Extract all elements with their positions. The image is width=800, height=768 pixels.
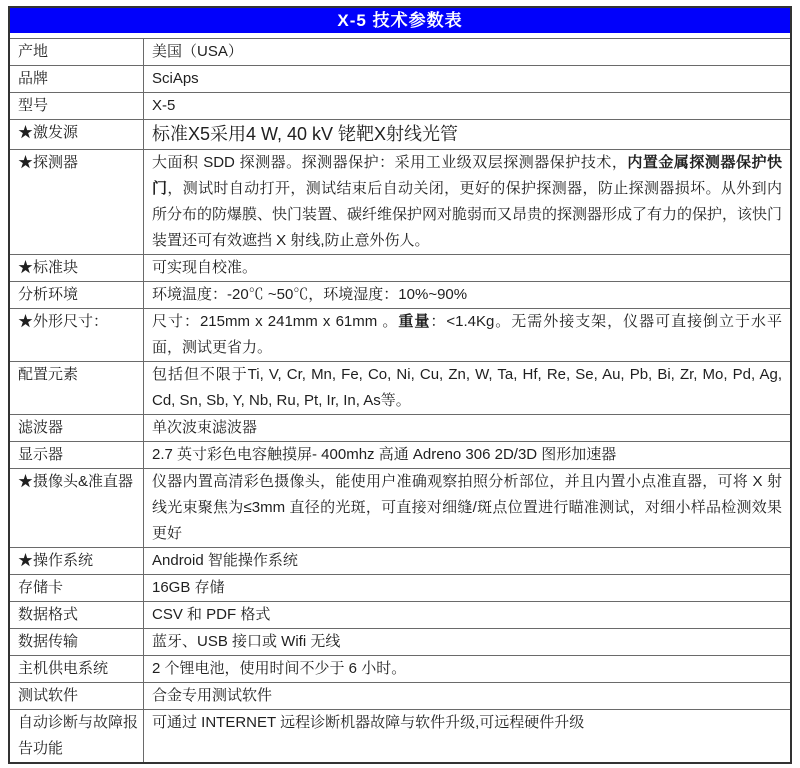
- row-value: 2 个锂电池，使用时间不少于 6 小时。: [144, 656, 790, 682]
- row-label: 品牌: [10, 66, 144, 92]
- row-value-segment: 仪器内置高清彩色摄像头，能使用户准确观察拍照分析部位，并且内置小点准直器，可将 …: [152, 473, 782, 542]
- row-value-segment: 美国（USA）: [152, 43, 243, 60]
- row-value-segment: 2 个锂电池，使用时间不少于 6 小时。: [152, 660, 406, 677]
- row-value: 蓝牙、USB 接口或 Wifi 无线: [144, 629, 790, 655]
- row-value-segment: 蓝牙、USB 接口或 Wifi 无线: [152, 633, 340, 650]
- table-row: ★摄像头&准直器仪器内置高清彩色摄像头，能使用户准确观察拍照分析部位，并且内置小…: [10, 468, 790, 547]
- row-label: 自动诊断与故障报告功能: [10, 710, 144, 762]
- table-title: X-5 技术参数表: [337, 11, 462, 30]
- row-value: 环境温度：-20℃ ~50℃，环境湿度：10%~90%: [144, 282, 790, 308]
- row-label: 数据格式: [10, 602, 144, 628]
- table-row: 存储卡16GB 存储: [10, 574, 790, 601]
- row-value-segment: ，测试时自动打开，测试结束后自动关闭，更好的保护探测器，防止探测器损坏。从外到内…: [152, 180, 782, 249]
- row-value: 标准X5采用4 W, 40 kV 铑靶X射线光管: [144, 120, 790, 149]
- table-row: ★标准块可实现自校准。: [10, 254, 790, 281]
- row-label: ★操作系统: [10, 548, 144, 574]
- row-value-segment: 标准X5采用4 W, 40 kV 铑靶X射线光管: [152, 124, 458, 144]
- table-row: ★外形尺寸：尺寸：215mm x 241mm x 61mm 。重量：<1.4Kg…: [10, 308, 790, 361]
- row-value: 2.7 英寸彩色电容触摸屏- 400mhz 高通 Adreno 306 2D/3…: [144, 442, 790, 468]
- row-value: CSV 和 PDF 格式: [144, 602, 790, 628]
- row-value-segment: 尺寸：215mm x 241mm x 61mm 。: [152, 313, 398, 330]
- row-value-segment: SciAps: [152, 70, 199, 87]
- row-label: 分析环境: [10, 282, 144, 308]
- row-value: SciAps: [144, 66, 790, 92]
- table-header: X-5 技术参数表: [10, 8, 790, 33]
- row-value-segment: 2.7 英寸彩色电容触摸屏- 400mhz 高通 Adreno 306 2D/3…: [152, 446, 616, 463]
- table-row: 配置元素包括但不限于Ti, V, Cr, Mn, Fe, Co, Ni, Cu,…: [10, 361, 790, 414]
- row-value: 包括但不限于Ti, V, Cr, Mn, Fe, Co, Ni, Cu, Zn,…: [144, 362, 790, 414]
- row-label: ★摄像头&准直器: [10, 469, 144, 547]
- row-label: 主机供电系统: [10, 656, 144, 682]
- row-value: 可通过 INTERNET 远程诊断机器故障与软件升级,可远程硬件升级: [144, 710, 790, 762]
- row-label: ★外形尺寸：: [10, 309, 144, 361]
- row-label: 产地: [10, 39, 144, 65]
- row-value-segment: 单次波束滤波器: [152, 419, 257, 436]
- table-row: 产地美国（USA）: [10, 38, 790, 65]
- row-label: ★探测器: [10, 150, 144, 254]
- row-label: ★标准块: [10, 255, 144, 281]
- row-value-segment: Android 智能操作系统: [152, 552, 298, 569]
- row-value-segment: 大面积 SDD 探测器。探测器保护：采用工业级双层探测器保护技术，: [152, 154, 627, 171]
- table-body: 产地美国（USA）品牌SciAps型号X-5★激发源标准X5采用4 W, 40 …: [10, 38, 790, 762]
- table-row: 数据传输蓝牙、USB 接口或 Wifi 无线: [10, 628, 790, 655]
- table-row: 滤波器单次波束滤波器: [10, 414, 790, 441]
- row-label: ★激发源: [10, 120, 144, 149]
- table-row: 分析环境环境温度：-20℃ ~50℃，环境湿度：10%~90%: [10, 281, 790, 308]
- row-label: 存储卡: [10, 575, 144, 601]
- table-row: ★探测器大面积 SDD 探测器。探测器保护：采用工业级双层探测器保护技术，内置金…: [10, 149, 790, 254]
- row-value: 16GB 存储: [144, 575, 790, 601]
- row-label: 配置元素: [10, 362, 144, 414]
- row-value: 尺寸：215mm x 241mm x 61mm 。重量：<1.4Kg。无需外接支…: [144, 309, 790, 361]
- row-value-segment: 环境温度：-20℃ ~50℃，环境湿度：10%~90%: [152, 286, 467, 303]
- row-value-segment: 16GB 存储: [152, 579, 225, 596]
- table-row: 测试软件合金专用测试软件: [10, 682, 790, 709]
- row-value: 美国（USA）: [144, 39, 790, 65]
- table-row: 品牌SciAps: [10, 65, 790, 92]
- row-value-segment: 合金专用测试软件: [152, 687, 272, 704]
- row-value: 大面积 SDD 探测器。探测器保护：采用工业级双层探测器保护技术，内置金属探测器…: [144, 150, 790, 254]
- row-value: 单次波束滤波器: [144, 415, 790, 441]
- row-value-segment: CSV 和 PDF 格式: [152, 606, 270, 623]
- row-value-segment: 可实现自校准。: [152, 259, 257, 276]
- row-value-bold-segment: 重量: [398, 313, 430, 330]
- table-row: 自动诊断与故障报告功能可通过 INTERNET 远程诊断机器故障与软件升级,可远…: [10, 709, 790, 762]
- row-label: 滤波器: [10, 415, 144, 441]
- row-label: 型号: [10, 93, 144, 119]
- row-label: 数据传输: [10, 629, 144, 655]
- row-value-segment: X-5: [152, 97, 175, 114]
- page: X-5 技术参数表 产地美国（USA）品牌SciAps型号X-5★激发源标准X5…: [0, 0, 800, 768]
- table-row: 型号X-5: [10, 92, 790, 119]
- table-row: ★激发源标准X5采用4 W, 40 kV 铑靶X射线光管: [10, 119, 790, 149]
- spec-table: X-5 技术参数表 产地美国（USA）品牌SciAps型号X-5★激发源标准X5…: [8, 6, 792, 764]
- row-value: Android 智能操作系统: [144, 548, 790, 574]
- table-row: 显示器2.7 英寸彩色电容触摸屏- 400mhz 高通 Adreno 306 2…: [10, 441, 790, 468]
- row-value-segment: 包括但不限于Ti, V, Cr, Mn, Fe, Co, Ni, Cu, Zn,…: [152, 366, 782, 409]
- table-row: 主机供电系统2 个锂电池，使用时间不少于 6 小时。: [10, 655, 790, 682]
- table-row: ★操作系统Android 智能操作系统: [10, 547, 790, 574]
- row-value: 合金专用测试软件: [144, 683, 790, 709]
- row-value: X-5: [144, 93, 790, 119]
- row-label: 显示器: [10, 442, 144, 468]
- row-label: 测试软件: [10, 683, 144, 709]
- row-value-segment: 可通过 INTERNET 远程诊断机器故障与软件升级,可远程硬件升级: [152, 714, 584, 731]
- row-value: 可实现自校准。: [144, 255, 790, 281]
- row-value: 仪器内置高清彩色摄像头，能使用户准确观察拍照分析部位，并且内置小点准直器，可将 …: [144, 469, 790, 547]
- table-row: 数据格式CSV 和 PDF 格式: [10, 601, 790, 628]
